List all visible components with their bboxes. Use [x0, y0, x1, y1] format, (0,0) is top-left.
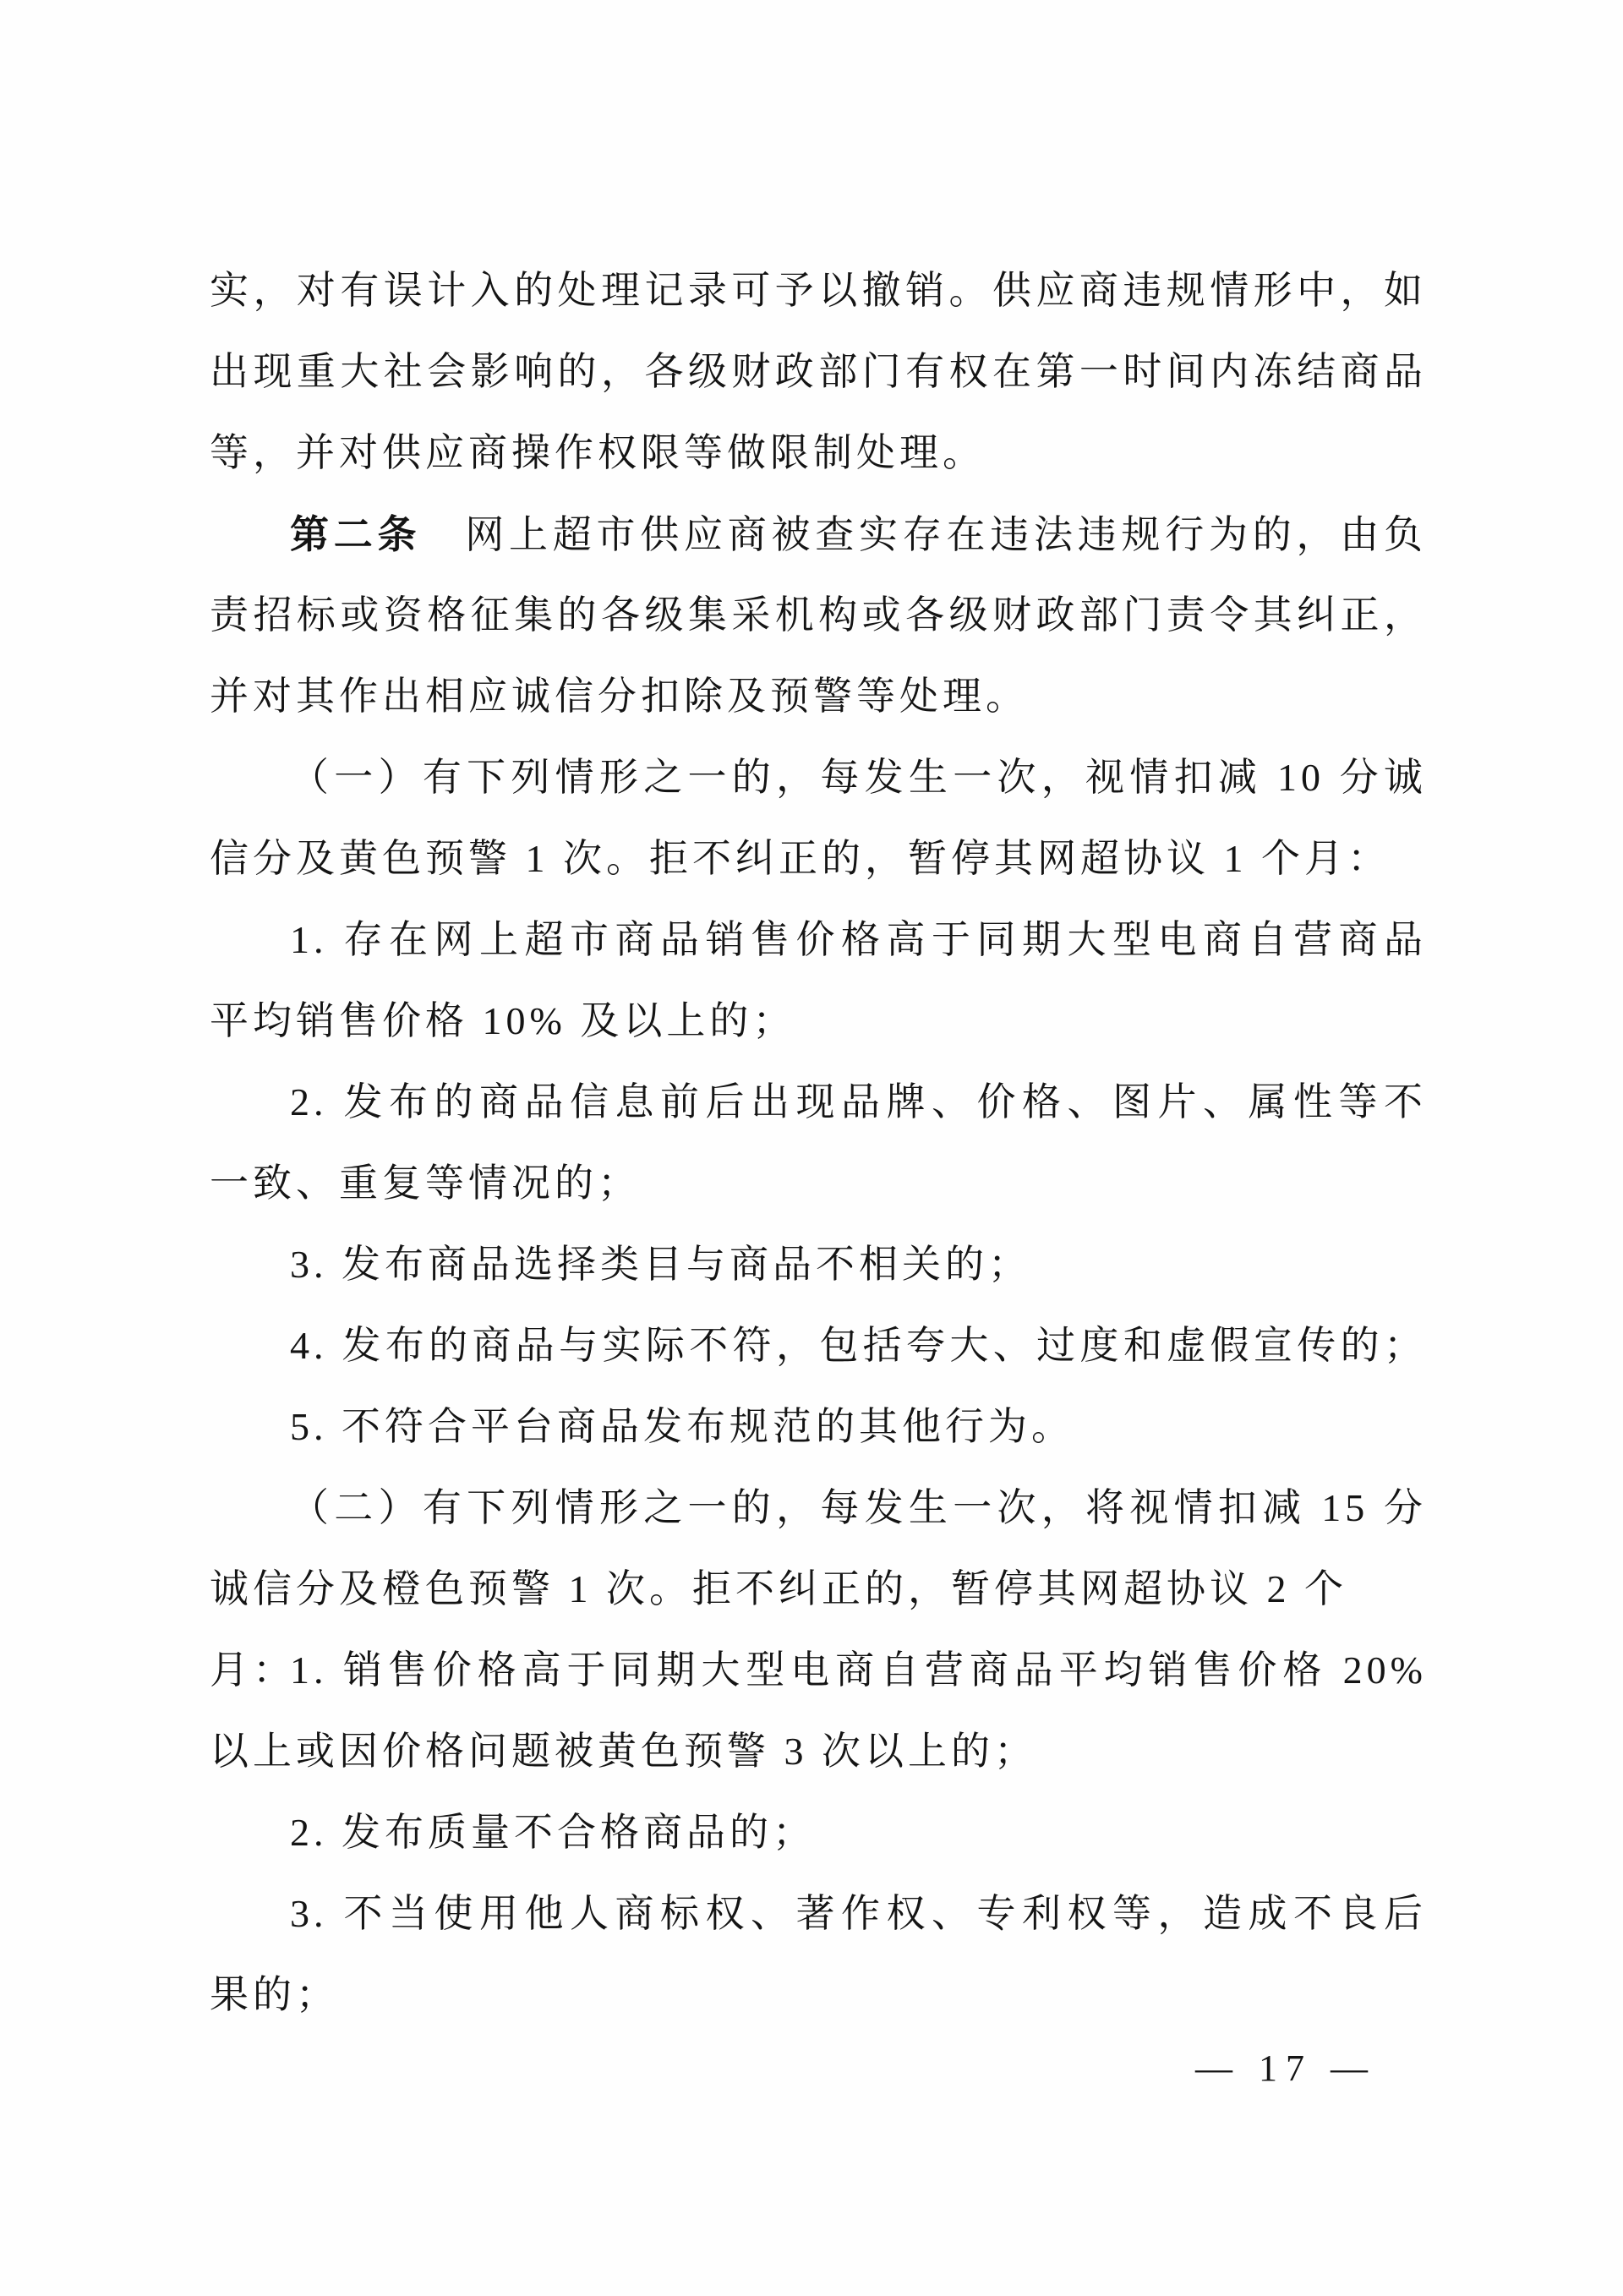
text-line-article-start: 第二条网上超市供应商被查实存在违法违规行为的，由负 — [210, 494, 1427, 575]
text-line: 信分及黄色预警 1 次。拒不纠正的，暂停其网超协议 1 个月： — [210, 818, 1427, 899]
text-line-item-4: 4. 发布的商品与实际不符，包括夸大、过度和虚假宣传的； — [210, 1305, 1427, 1386]
text-line: 一致、重复等情况的； — [210, 1143, 1427, 1224]
text-line: 平均销售价格 10% 及以上的； — [210, 981, 1427, 1062]
text-line: 出现重大社会影响的，各级财政部门有权在第一时间内冻结商品 — [210, 331, 1427, 413]
article-text: 网上超市供应商被查实存在违法违规行为的，由负 — [465, 513, 1427, 556]
text-line-item-1-start: 1. 销售价格高于同期大型电商自营商品平均销售价格 20% — [210, 1630, 1427, 1711]
text-line-item-2: 2. 发布质量不合格商品的； — [210, 1792, 1427, 1873]
page-number: — 17 — — [1195, 2042, 1376, 2096]
text-line-item-5: 5. 不符合平台商品发布规范的其他行为。 — [210, 1386, 1427, 1468]
text-line: 并对其作出相应诚信分扣除及预警等处理。 — [210, 656, 1427, 737]
text-line-item-1-start: 1. 存在网上超市商品销售价格高于同期大型电商自营商品 — [210, 899, 1427, 981]
text-line: 责招标或资格征集的各级集采机构或各级财政部门责令其纠正， — [210, 575, 1427, 656]
text-line: 以上或因价格问题被黄色预警 3 次以上的； — [210, 1711, 1427, 1792]
text-line-item-3-start: 3. 不当使用他人商标权、著作权、专利权等，造成不良后 — [210, 1873, 1427, 1954]
document-text-block: 实，对有误计入的处理记录可予以撤销。供应商违规情形中，如 出现重大社会影响的，各… — [210, 250, 1427, 2036]
text-line: 果的； — [210, 1954, 1427, 2036]
text-line-item-2-start: 2. 发布的商品信息前后出现品牌、价格、图片、属性等不 — [210, 1062, 1427, 1143]
text-line-clause-1-start: （一）有下列情形之一的，每发生一次，视情扣减 10 分诚 — [210, 737, 1427, 818]
text-line-clause-2-start: （二）有下列情形之一的，每发生一次，将视情扣减 15 分 — [210, 1468, 1427, 1549]
article-number-term: 第二条 — [290, 512, 421, 556]
document-page: 实，对有误计入的处理记录可予以撤销。供应商违规情形中，如 出现重大社会影响的，各… — [0, 0, 1623, 2296]
text-line: 等，并对供应商操作权限等做限制处理。 — [210, 413, 1427, 494]
text-line: 实，对有误计入的处理记录可予以撤销。供应商违规情形中，如 — [210, 250, 1427, 331]
text-line: 诚信分及橙色预警 1 次。拒不纠正的，暂停其网超协议 2 个月： — [210, 1549, 1427, 1630]
text-line-item-3: 3. 发布商品选择类目与商品不相关的； — [210, 1224, 1427, 1305]
